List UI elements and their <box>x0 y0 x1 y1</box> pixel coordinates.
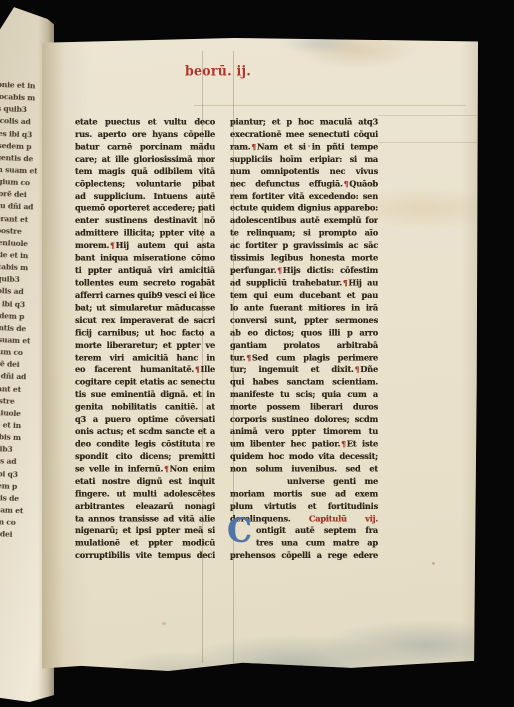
photograph-background: nūt adonec pr pnie et inunditur: por euo… <box>0 0 514 707</box>
text-line: fingere. ut multi adolescētes <box>75 488 215 500</box>
text-line: terem viri amicitiā hanc in <box>75 352 215 364</box>
text-line: etate puectus et vultu deco <box>75 116 215 128</box>
text-line: mulationē et ppter modicū <box>75 538 215 550</box>
text-line: enter sustinens destinavit nō <box>75 215 215 227</box>
text-line: ta annos transisse ad vitā alie <box>75 513 215 525</box>
stain-spot <box>162 622 166 625</box>
text-line: genita nobilitatis canitiē. at <box>75 401 215 413</box>
text-line: se velle in infernū.¶Non enim <box>75 463 215 475</box>
text-column-right: C piantur; et p hoc maculā atq3execratio… <box>230 116 378 562</box>
ink-speck <box>350 33 354 36</box>
text-line: quidem hoc modo vita decessit; <box>230 451 378 463</box>
text-line: te relinquam; si prompto aīo <box>230 228 378 240</box>
text-line: prehensos cōpelli a rege edere <box>230 550 378 562</box>
text-line: piantur; et p hoc maculā atq3 <box>230 116 378 128</box>
text-line: moriam mortis sue ad exem <box>230 488 378 500</box>
text-line: corruptibilis vite tempus deci <box>75 550 215 562</box>
text-line: qui habes sanctam scientiam. <box>230 376 378 388</box>
text-line: rus. aperto ore hyans cōpelle <box>75 128 215 140</box>
text-line: tis sue eminentiā dignā. et in <box>75 389 215 401</box>
text-line: care; at ille gloriosissimā mor <box>75 153 215 165</box>
text-line: cōplectens; voluntarie pibat <box>75 178 215 190</box>
text-line: ac fortiter p gravissimis ac sāc <box>230 240 378 252</box>
text-line: quemō oporteret accedere; pati <box>75 203 215 215</box>
text-line: universe genti me <box>230 476 378 488</box>
ruling-line-horizontal-margin-1 <box>378 115 478 116</box>
text-line: ram.¶Nam et si in pñti tempe <box>230 141 378 153</box>
text-line: bant iniqua miseratione cōmo <box>75 252 215 264</box>
text-line: q3 a puero optime cōversati <box>75 414 215 426</box>
text-line: ficij carnibus; ut hoc facto a <box>75 327 215 339</box>
running-header: beorū. ij. <box>182 62 254 79</box>
text-line: um libenter hec patior.¶Et iste <box>230 438 378 450</box>
text-line: eo facerent humanitatē.¶Ille <box>75 364 215 376</box>
text-line: corporis sustineo dolores; scdm <box>230 414 378 426</box>
text-line: manifeste tu scis; quia cum a <box>230 389 378 401</box>
text-line: morte possem liberari duros <box>230 401 378 413</box>
text-line: cogitare cepit etatis ac senectu <box>75 376 215 388</box>
text-line: ab eo dictos; quos illi p arro <box>230 327 378 339</box>
text-line: tem qui eum ducebant et pau <box>230 290 378 302</box>
chapter-rubric: Capitulū vij. <box>309 513 378 523</box>
text-line: tur; ingemuit et dixit.¶Dñe <box>230 364 378 376</box>
text-line: rem fortiter vitā excedendo: sen <box>230 190 378 202</box>
text-line: perfungar.¶Hijs dictis: cōfestim <box>230 265 378 277</box>
text-line: plum virtutis et fortitudinis <box>230 500 378 512</box>
text-line: tur.¶Sed cum plagis perimere <box>230 352 378 364</box>
text-line: onis actus; et scdm sancte et a <box>75 426 215 438</box>
text-line: lo ante fuerant mitiores in irā <box>230 302 378 314</box>
text-line: deo condite legis cōstituta re <box>75 438 215 450</box>
text-column-left: etate puectus et vultu decorus. aperto o… <box>75 116 215 562</box>
text-line: ectute quidem dignius apparebo: <box>230 203 378 215</box>
stain-spot <box>432 562 435 565</box>
text-line: tissimis legibus honesta morte <box>230 252 378 264</box>
text-line: bat; ut simularetur māducasse <box>75 302 215 314</box>
manuscript-page: beorū. ij. etate puectus et vultu decoru… <box>42 37 478 671</box>
text-line: conversi sunt, ppter sermones <box>230 314 378 326</box>
text-line: animā vero ppter timorem tu <box>230 426 378 438</box>
ruling-line-horizontal-margin-2 <box>378 142 478 143</box>
text-line: batur carnē porcinam mādu <box>75 141 215 153</box>
text-line: nigenarū; et ipsi ppter meā si <box>75 525 215 537</box>
text-line: ad supplicium. Intuens autē <box>75 190 215 202</box>
text-line: admittere illicita; ppter vite a <box>75 228 215 240</box>
text-line: afferri carnes quib9 vesci ei lice <box>75 290 215 302</box>
text-line: sicut rex imperaverat de sacri <box>75 314 215 326</box>
chapter-initial-letter: C <box>227 516 253 546</box>
text-line: suppliciis hoīm eripiar: si ma <box>230 153 378 165</box>
text-line: tem magis quā odibilem vitā <box>75 166 215 178</box>
text-line: morte liberaretur; et ppter ve <box>75 339 215 351</box>
text-line: tollentes eum secreto rogabāt <box>75 277 215 289</box>
text-line: arbitrantes eleazarū nonagi <box>75 500 215 512</box>
text-line: gantiam prolatos arbitrabā <box>230 339 378 351</box>
ruling-line-horizontal-top <box>194 105 466 106</box>
text-line: ti ppter antiquā viri amicitiā <box>75 265 215 277</box>
text-line: nec defunctus effugiā.¶Quāob <box>230 178 378 190</box>
text-line: non solum iuvenibus. sed et <box>230 463 378 475</box>
text-line: execrationē mee senectuti cōqui <box>230 128 378 140</box>
text-line: spondit cito dicens; premitti <box>75 451 215 463</box>
text-line: num omnipotentis nec vivus <box>230 166 378 178</box>
text-line: etati nostre dignū est inquit <box>75 476 215 488</box>
text-line: adolescentibus autē exemplū for <box>230 215 378 227</box>
text-line: morem.¶Hij autem qui asta <box>75 240 215 252</box>
text-line: ad suppliciū trahebatur.¶Hij au <box>230 277 378 289</box>
